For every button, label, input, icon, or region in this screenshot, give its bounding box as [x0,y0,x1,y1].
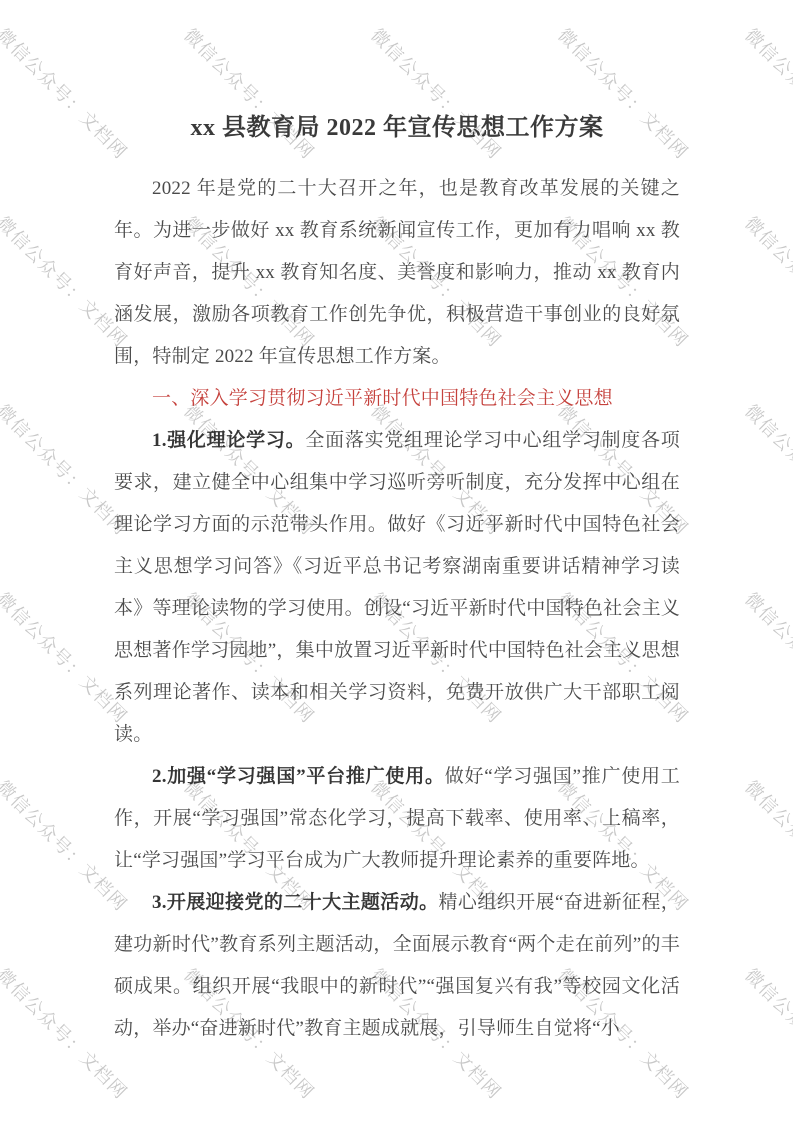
paragraph: 2022 年是党的二十大召开之年，也是教育改革发展的关键之年。为进一步做好 xx… [114,168,680,378]
document-page: 微信公众号：文档网微信公众号：文档网微信公众号：文档网微信公众号：文档网微信公众… [0,0,793,1122]
paragraph: 2.加强“学习强国”平台推广使用。做好“学习强国”推广使用工作，开展“学习强国”… [114,756,680,882]
paragraph: 1.强化理论学习。全面落实党组理论学习中心组学习制度各项要求，建立健全中心组集中… [114,420,680,756]
watermark-text: 微信公众号：文档网 [740,962,793,1104]
paragraph: 3.开展迎接党的二十大主题活动。精心组织开展“奋进新征程，建功新时代”教育系列主… [114,882,680,1050]
watermark-text: 微信公众号：文档网 [740,22,793,164]
document-title: xx 县教育局 2022 年宣传思想工作方案 [114,110,680,146]
watermark-text: 微信公众号：文档网 [740,774,793,916]
section-heading: 一、深入学习贯彻习近平新时代中国特色社会主义思想 [114,378,680,420]
watermark-text: 微信公众号：文档网 [740,586,793,728]
document-body: 2022 年是党的二十大召开之年，也是教育改革发展的关键之年。为进一步做好 xx… [114,168,680,1050]
document-content: xx 县教育局 2022 年宣传思想工作方案 2022 年是党的二十大召开之年，… [114,110,680,1050]
watermark-text: 微信公众号：文档网 [740,398,793,540]
paragraph-lead: 1.强化理论学习。 [152,430,305,451]
paragraph-lead: 3.开展迎接党的二十大主题活动。 [152,892,439,913]
watermark-text: 微信公众号：文档网 [740,210,793,352]
paragraph-lead: 2.加强“学习强国”平台推广使用。 [152,766,445,787]
